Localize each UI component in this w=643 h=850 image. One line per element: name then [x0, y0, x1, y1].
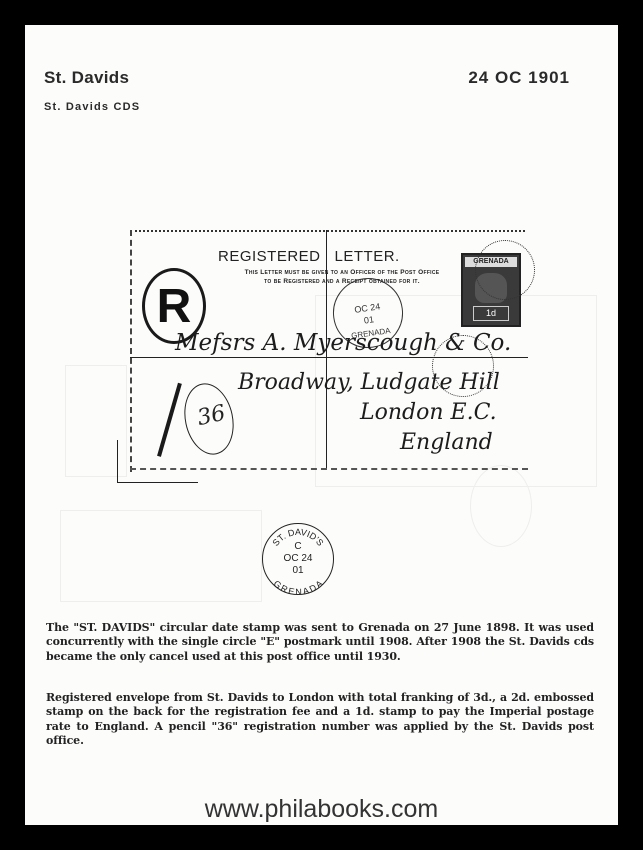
envelope-top-edge: [130, 230, 525, 232]
st-davids-cds-strike: ST. DAVID'S GRENADA C OC 24 01: [262, 523, 334, 595]
address-line-1: Mefsrs A. Myerscough & Co.: [175, 330, 511, 356]
description-paragraph-1: The "ST. DAVIDS" circular date stamp was…: [46, 621, 594, 664]
instruction-line-1: This Letter must be given to an Officer …: [212, 268, 472, 277]
page-date: 24 OC 1901: [468, 68, 570, 88]
bleed-through-box: [60, 510, 262, 602]
page-subtitle: St. Davids CDS: [44, 101, 140, 113]
stamp-value: 1d: [473, 306, 509, 321]
envelope-left-edge: [130, 230, 132, 472]
heading-registered: REGISTERED: [218, 248, 321, 265]
album-page: St. Davids St. Davids CDS 24 OC 1901 REG…: [25, 25, 618, 825]
cds-letter: C: [263, 541, 333, 552]
description-paragraph-2: Registered envelope from St. Davids to L…: [46, 691, 594, 749]
stamp-cancel-strike: [475, 240, 535, 300]
registered-envelope-image: REGISTEREDLETTER. This Letter must be gi…: [130, 230, 530, 488]
svg-text:GRENADA: GRENADA: [272, 578, 325, 594]
registered-letter-heading: REGISTEREDLETTER.: [218, 248, 400, 265]
address-line-2: Broadway, Ludgate Hill: [238, 370, 500, 395]
heading-letter: LETTER.: [335, 248, 400, 265]
address-line-4: England: [400, 430, 493, 455]
registration-number: 36: [195, 401, 228, 431]
cds-year: 01: [263, 565, 333, 576]
page-title: St. Davids: [44, 68, 129, 88]
registration-r-letter: R: [157, 279, 192, 334]
address-line-3: London E.C.: [360, 400, 497, 425]
instruction-line-2: to be Registered and a Receipt obtained …: [212, 277, 472, 286]
mount-corner-mark: [117, 440, 198, 483]
footer-url: www.philabooks.com: [25, 795, 618, 824]
cds-date: OC 24: [263, 553, 333, 564]
registered-instructions: This Letter must be given to an Officer …: [212, 268, 472, 286]
